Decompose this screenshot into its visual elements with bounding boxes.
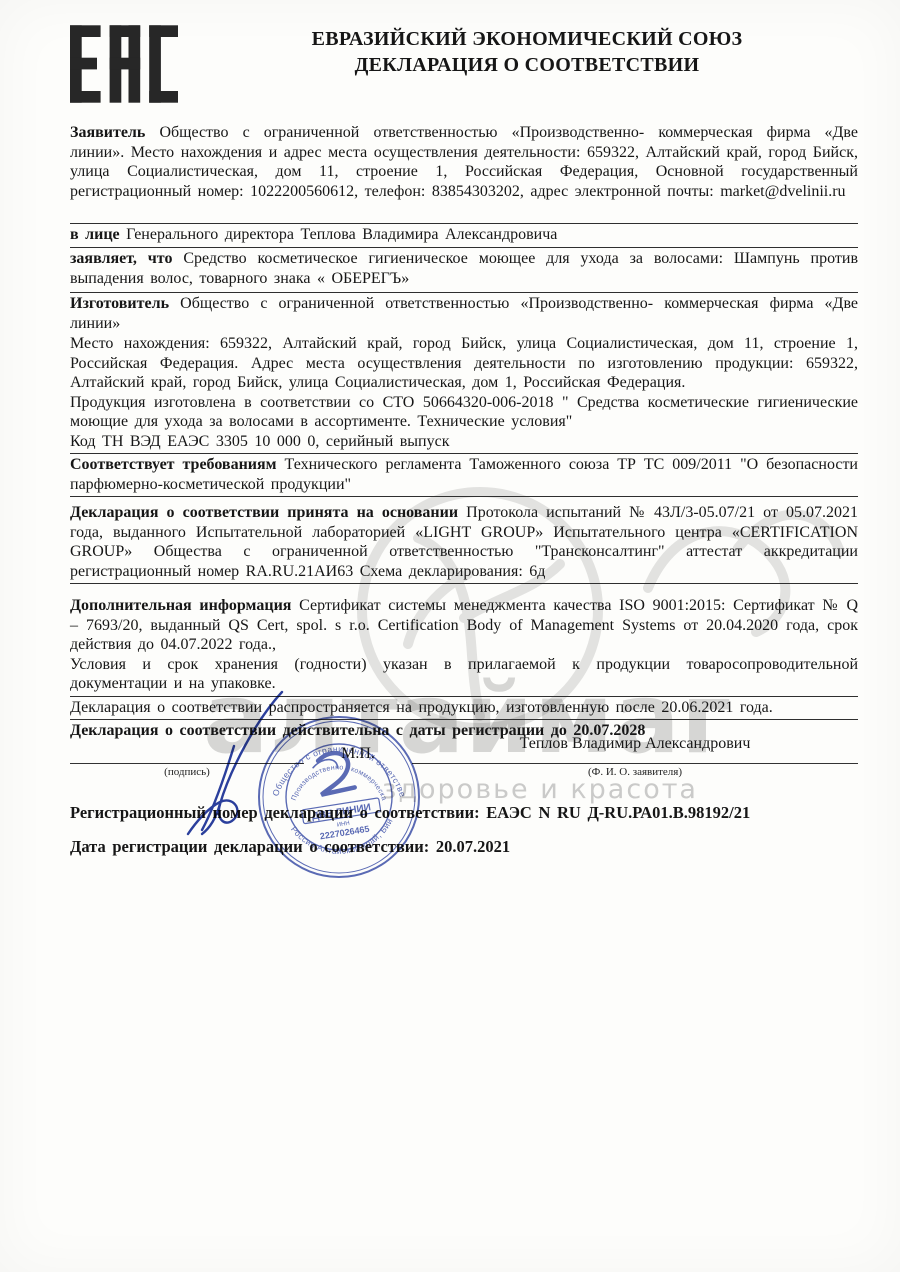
declaration-document-page: алтаймаг здоровье и красота ЕВРАЗИЙСКИЙ … <box>0 0 900 1272</box>
eac-logo <box>70 14 196 111</box>
tnved-code-paragraph: Код ТН ВЭД ЕАЭС 3305 10 000 0, серийный … <box>70 432 858 452</box>
in-person-paragraph: в лице Генерального директора Теплова Вл… <box>70 225 858 245</box>
registration-date-value: 20.07.2021 <box>436 837 510 856</box>
declares-label: заявляет, что <box>70 250 172 267</box>
separator-line <box>70 583 858 584</box>
basis-paragraph: Декларация о соответствии принята на осн… <box>70 503 858 581</box>
document-header: ЕВРАЗИЙСКИЙ ЭКОНОМИЧЕСКИЙ СОЮЗ ДЕКЛАРАЦИ… <box>70 14 858 111</box>
in-person-label: в лице <box>70 226 120 243</box>
applicant-label: Заявитель <box>70 124 145 141</box>
manufacturer-label: Изготовитель <box>70 295 169 312</box>
additional-info-paragraph: Дополнительная информация Сертификат сис… <box>70 596 858 655</box>
manufacturer-paragraph: Изготовитель Общество с ограниченной отв… <box>70 294 858 334</box>
declares-text: Средство косметическое гигиеническое мою… <box>70 250 858 287</box>
separator-line <box>70 223 858 224</box>
title-declaration: ДЕКЛАРАЦИЯ О СООТВЕТСТВИИ <box>196 52 858 78</box>
separator-line <box>70 496 858 497</box>
separator-line <box>70 247 858 248</box>
additional-info-label: Дополнительная информация <box>70 597 291 614</box>
registration-number-value: ЕАЭС N RU Д-RU.РА01.В.98192/21 <box>486 803 750 822</box>
document-content: ЕВРАЗИЙСКИЙ ЭКОНОМИЧЕСКИЙ СОЮЗ ДЕКЛАРАЦИ… <box>70 14 858 741</box>
eac-mark-icon <box>70 22 178 106</box>
applicant-name: Теплов Владимир Александрович <box>412 735 858 764</box>
signature-scribble <box>138 688 338 840</box>
basis-label: Декларация о соответствии принята на осн… <box>70 504 458 521</box>
complies-paragraph: Соответствует требованиям Технического р… <box>70 455 858 494</box>
production-standard-paragraph: Продукция изготовлена в соответствии со … <box>70 393 858 432</box>
manufacturer-text: Общество с ограниченной ответственностью… <box>70 295 858 332</box>
separator-line <box>70 292 858 293</box>
declares-paragraph: заявляет, что Средство косметическое гиг… <box>70 249 858 290</box>
applicant-name-caption: (Ф. И. О. заявителя) <box>412 764 858 778</box>
manufacturer-location-paragraph: Место нахождения: 659322, Алтайский край… <box>70 334 858 393</box>
applicant-paragraph: Заявитель Общество с ограниченной ответс… <box>70 123 858 221</box>
complies-label: Соответствует требованиям <box>70 456 277 473</box>
separator-line <box>70 453 858 454</box>
applicant-text: Общество с ограниченной ответственностью… <box>70 124 858 200</box>
title-union: ЕВРАЗИЙСКИЙ ЭКОНОМИЧЕСКИЙ СОЮЗ <box>196 26 858 52</box>
document-title: ЕВРАЗИЙСКИЙ ЭКОНОМИЧЕСКИЙ СОЮЗ ДЕКЛАРАЦИ… <box>196 14 858 78</box>
in-person-text: Генерального директора Теплова Владимира… <box>126 226 557 243</box>
